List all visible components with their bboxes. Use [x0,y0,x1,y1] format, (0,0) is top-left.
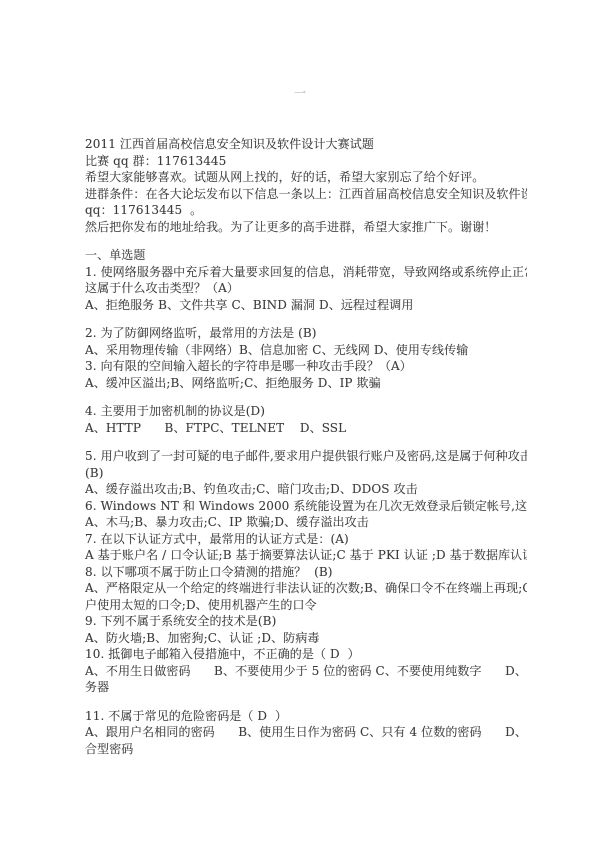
document-line: 一、单选题 [85,247,527,264]
document-line: 务器 [85,679,527,696]
blank-line [85,313,527,325]
document-line: 这属于什么攻击类型？（A） [85,280,527,297]
document-line: 4. 主要用于加密机制的协议是(D) [85,403,527,420]
document-page: 一 2011 江西首届高校信息安全知识及软件设计大赛试题比赛 qq 群：1176… [0,0,600,850]
document-line: 5. 用户收到了一封可疑的电子邮件,要求用户提供银行账户及密码,这是属于何种攻击… [85,448,527,465]
document-line: 然后把你发布的地址给我。为了让更多的高手进群，希望大家推广下。谢谢！ [85,219,527,236]
blank-line [85,696,527,708]
document-line: 比赛 qq 群：117613445 [85,153,527,170]
document-line: A、缓冲区溢出;B、网络监听;C、拒绝服务 D、IP 欺骗 [85,375,527,392]
document-line: 希望大家能够喜欢。试题从网上找的，好的话，希望大家别忘了给个好评。 [85,169,527,186]
document-line: 1. 使网络服务器中充斥着大量要求回复的信息，消耗带宽，导致网络或系统停止正常服… [85,264,527,281]
document-line: A、严格限定从一个给定的终端进行非法认证的次数;B、确保口令不在终端上再现;C、… [85,580,527,597]
document-line: A、防火墙;B、加密狗;C、认证 ;D、防病毒 [85,630,527,647]
document-body: 2011 江西首届高校信息安全知识及软件设计大赛试题比赛 qq 群：117613… [85,136,527,757]
document-line: A、跟用户名相同的密码 B、使用生日作为密码 C、只有 4 位数的密码 D、10… [85,724,527,741]
document-line: 8. 以下哪项不属于防止口令猜测的措施？ (B) [85,564,527,581]
document-line: A 基于账户名 / 口令认证;B 基于摘要算法认证;C 基于 PKI 认证 ;D… [85,547,527,564]
document-line: (B) [85,465,527,482]
document-line: 进群条件：在各大论坛发布以下信息一条以上：江西首届高校信息安全知识及软件设计大赛 [85,186,527,203]
document-line: 户使用太短的口令;D、使用机器产生的口令 [85,597,527,614]
document-line: 2. 为了防御网络监听，最常用的方法是 (B) [85,325,527,342]
document-line: A、不用生日做密码 B、不要使用少于 5 位的密码 C、不要使用纯数字 D、自己… [85,663,527,680]
document-line: 7. 在以下认证方式中，最常用的认证方式是：(A) [85,531,527,548]
document-line: qq：117613445 。 [85,202,527,219]
document-line: 10. 抵御电子邮箱入侵措施中，不正确的是（ D ） [85,646,527,663]
document-line: 合型密码 [85,741,527,758]
document-line: A、HTTP B、FTPC、TELNET D、SSL [85,420,527,437]
document-line: 6. Windows NT 和 Windows 2000 系统能设置为在几次无效… [85,498,527,515]
page-number-marker: 一 [0,86,600,100]
document-line: A、木马;B、暴力攻击;C、IP 欺骗;D、缓存溢出攻击 [85,514,527,531]
document-line: 11. 不属于常见的危险密码是（ D ） [85,708,527,725]
document-line: 9. 下列不属于系统安全的技术是(B) [85,613,527,630]
document-line: 2011 江西首届高校信息安全知识及软件设计大赛试题 [85,136,527,153]
document-line: 3. 向有限的空间输入超长的字符串是哪一种攻击手段？（A） [85,358,527,375]
document-line: A、拒绝服务 B、文件共享 C、BIND 漏洞 D、远程过程调用 [85,297,527,314]
blank-line [85,235,527,247]
blank-line [85,436,527,448]
document-line: A、缓存溢出攻击;B、钓鱼攻击;C、暗门攻击;D、DDOS 攻击 [85,481,527,498]
blank-line [85,391,527,403]
document-line: A、采用物理传输（非网络）B、信息加密 C、无线网 D、使用专线传输 [85,342,527,359]
